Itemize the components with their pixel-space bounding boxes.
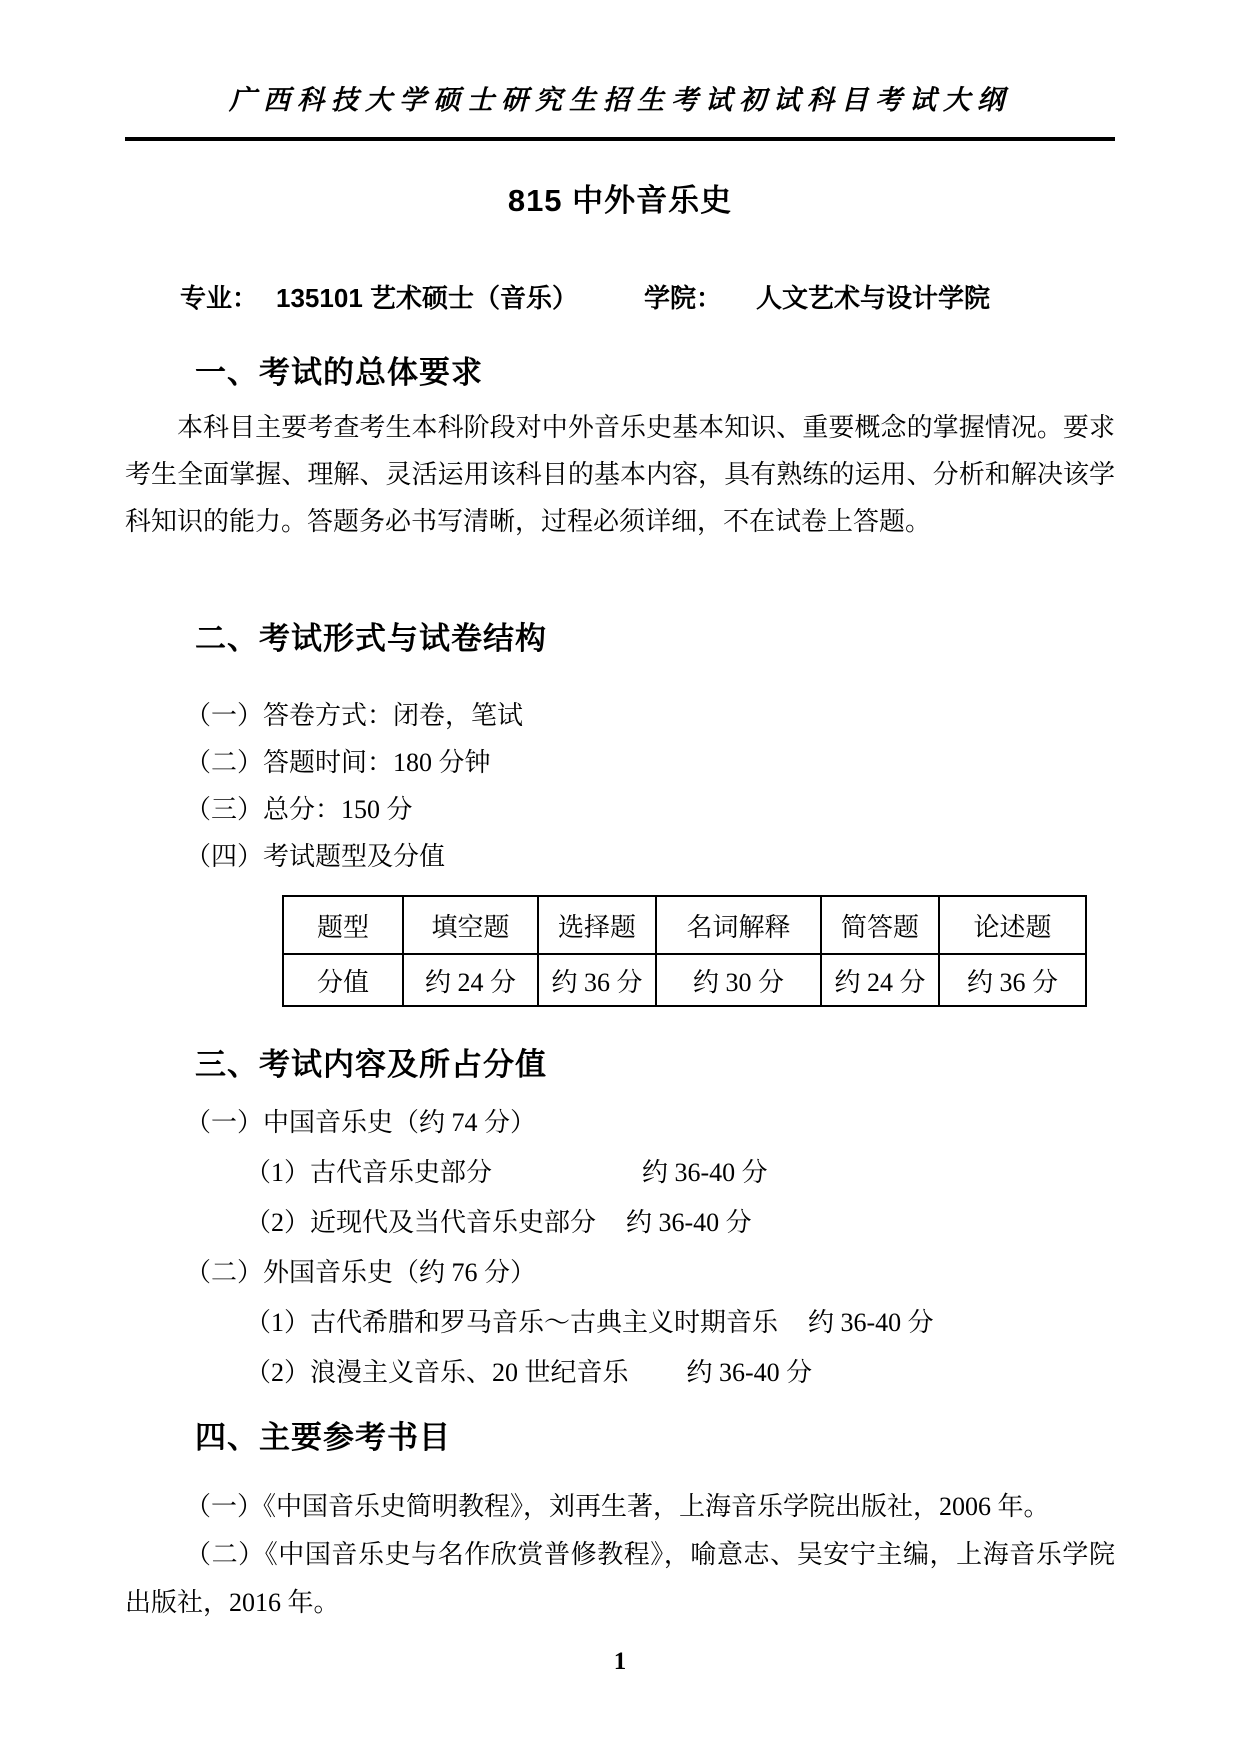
document-page: 广西科技大学硕士研究生招生考试初试科目考试大纲 815 中外音乐史 专业：135… xyxy=(0,0,1240,1754)
cell-term-explanation: 名词解释 xyxy=(656,896,821,954)
meta-line: 专业：135101 艺术硕士（音乐）学院：人文艺术与设计学院 xyxy=(125,278,1115,315)
cell-term-explanation-score: 约 30 分 xyxy=(656,954,821,1006)
reference-item-2: （二）《中国音乐史与名作欣赏普修教程》，喻意志、吴安宁主编，上海音乐学院出版社，… xyxy=(125,1531,1115,1627)
section-2-heading: 二、考试形式与试卷结构 xyxy=(125,613,1115,658)
content-item-score: 约 36-40 分 xyxy=(808,1308,934,1337)
content-item-text: （2）近现代及当代音乐史部分 xyxy=(245,1208,596,1237)
cell-fill-blank: 填空题 xyxy=(403,896,538,954)
list-item-question-types: （四）考试题型及分值 xyxy=(125,833,1115,880)
table-row-types: 题型 填空题 选择题 名词解释 简答题 论述题 xyxy=(283,896,1086,954)
cell-score-label: 分值 xyxy=(283,954,403,1006)
cell-multiple-choice: 选择题 xyxy=(538,896,656,954)
content-item-ancient: （1）古代音乐史部分约 36-40 分 xyxy=(125,1148,1115,1198)
reference-list: （一）《中国音乐史简明教程》，刘再生著，上海音乐学院出版社，2006 年。 （二… xyxy=(125,1483,1115,1627)
question-type-score-table: 题型 填空题 选择题 名词解释 简答题 论述题 分值 约 24 分 约 36 分… xyxy=(282,895,1087,1007)
content-item-score: 约 36-40 分 xyxy=(687,1358,813,1387)
section-3-heading: 三、考试内容及所占分值 xyxy=(125,1039,1115,1084)
major-label: 专业： xyxy=(180,283,258,313)
cell-essay-score: 约 36 分 xyxy=(939,954,1086,1006)
major-value: 135101 艺术硕士（音乐） xyxy=(276,283,578,313)
cell-short-answer: 简答题 xyxy=(821,896,939,954)
header-divider xyxy=(125,137,1115,141)
section-1-paragraph: 本科目主要考查考生本科阶段对中外音乐史基本知识、重要概念的掌握情况。要求考生全面… xyxy=(125,404,1115,545)
content-item-score: 约 36-40 分 xyxy=(642,1158,768,1187)
section-1-heading: 一、考试的总体要求 xyxy=(125,347,1115,392)
table-row-scores: 分值 约 24 分 约 36 分 约 30 分 约 24 分 约 36 分 xyxy=(283,954,1086,1006)
list-item-duration: （二）答题时间：180 分钟 xyxy=(125,739,1115,786)
section-4-heading: 四、主要参考书目 xyxy=(125,1412,1115,1457)
content-item-text: （2）浪漫主义音乐、20 世纪音乐 xyxy=(245,1358,629,1387)
cell-fill-blank-score: 约 24 分 xyxy=(403,954,538,1006)
section-2-list: （一）答卷方式：闭卷，笔试 （二）答题时间：180 分钟 （三）总分：150 分… xyxy=(125,692,1115,880)
reference-item-1: （一）《中国音乐史简明教程》，刘再生著，上海音乐学院出版社，2006 年。 xyxy=(125,1483,1115,1531)
content-item-text: （1）古代音乐史部分 xyxy=(245,1158,492,1187)
content-group-foreign: （二）外国音乐史（约 76 分） xyxy=(125,1248,1115,1298)
content-item-modern: （2）近现代及当代音乐史部分约 36-40 分 xyxy=(125,1198,1115,1248)
school-value: 人文艺术与设计学院 xyxy=(756,283,990,313)
list-item-answer-mode: （一）答卷方式：闭卷，笔试 xyxy=(125,692,1115,739)
list-item-total-score: （三）总分：150 分 xyxy=(125,786,1115,833)
content-item-greek-classical: （1）古代希腊和罗马音乐～古典主义时期音乐约 36-40 分 xyxy=(125,1298,1115,1348)
content-item-score: 约 36-40 分 xyxy=(626,1208,752,1237)
cell-multiple-choice-score: 约 36 分 xyxy=(538,954,656,1006)
school-label: 学院： xyxy=(644,283,722,313)
subject-title: 815 中外音乐史 xyxy=(125,175,1115,220)
document-header: 广西科技大学硕士研究生招生考试初试科目考试大纲 xyxy=(125,0,1115,117)
page-number: 1 xyxy=(0,1648,1240,1676)
content-item-text: （1）古代希腊和罗马音乐～古典主义时期音乐 xyxy=(245,1308,778,1337)
cell-type-label: 题型 xyxy=(283,896,403,954)
cell-essay: 论述题 xyxy=(939,896,1086,954)
page-content: 广西科技大学硕士研究生招生考试初试科目考试大纲 815 中外音乐史 专业：135… xyxy=(0,0,1240,1627)
section-3-list: （一）中国音乐史（约 74 分） （1）古代音乐史部分约 36-40 分 （2）… xyxy=(125,1098,1115,1398)
content-group-chinese: （一）中国音乐史（约 74 分） xyxy=(125,1098,1115,1148)
content-item-romantic-20th: （2）浪漫主义音乐、20 世纪音乐约 36-40 分 xyxy=(125,1348,1115,1398)
cell-short-answer-score: 约 24 分 xyxy=(821,954,939,1006)
